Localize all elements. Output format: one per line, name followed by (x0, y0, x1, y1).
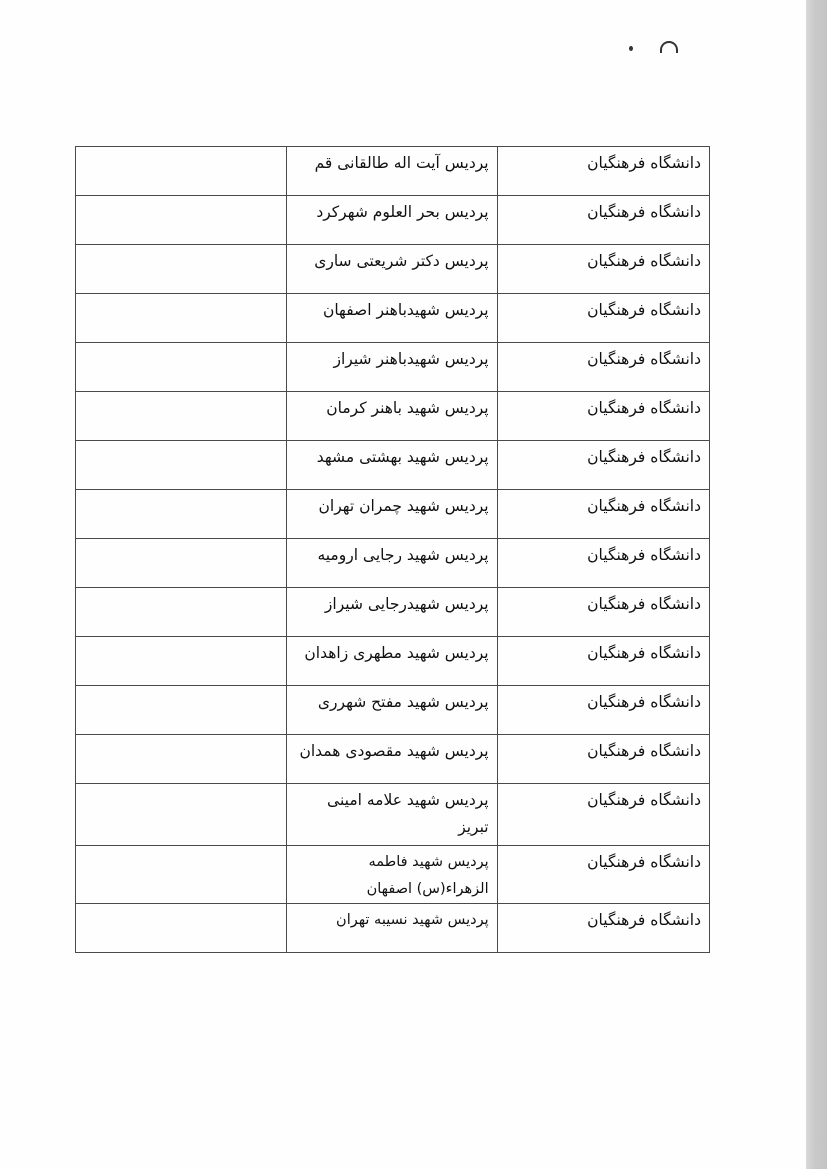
university-cell: دانشگاه فرهنگیان (497, 294, 709, 343)
campus-cell: پردیس بحر العلوم شهرکرد (287, 196, 497, 245)
university-cell: دانشگاه فرهنگیان (497, 588, 709, 637)
campus-table-body: دانشگاه فرهنگیان پردیس آیت اله طالقانی ق… (76, 147, 710, 953)
table-row: دانشگاه فرهنگیان پردیس شهید بهشتی مشهد (76, 441, 710, 490)
campus-cell: پردیس شهید علامه امینی تبریز (287, 784, 497, 846)
university-cell: دانشگاه فرهنگیان (497, 637, 709, 686)
table-row: دانشگاه فرهنگیان پردیس شهید رجایی ارومیه (76, 539, 710, 588)
empty-cell (76, 294, 287, 343)
table-row: دانشگاه فرهنگیان پردیس آیت اله طالقانی ق… (76, 147, 710, 196)
table-row: دانشگاه فرهنگیان پردیس شهید نسیبه تهران (76, 904, 710, 953)
campus-cell: پردیس آیت اله طالقانی قم (287, 147, 497, 196)
table-row: دانشگاه فرهنگیان پردیس شهید چمران تهران (76, 490, 710, 539)
table-row: دانشگاه فرهنگیان پردیس شهیدرجایی شیراز (76, 588, 710, 637)
university-cell: دانشگاه فرهنگیان (497, 784, 709, 846)
university-cell: دانشگاه فرهنگیان (497, 392, 709, 441)
campus-cell: پردیس شهید نسیبه تهران (287, 904, 497, 953)
campus-cell: پردیس دکتر شریعتی ساری (287, 245, 497, 294)
campus-cell: پردیس شهید رجایی ارومیه (287, 539, 497, 588)
university-cell: دانشگاه فرهنگیان (497, 904, 709, 953)
campus-cell: پردیس شهید مقصودی همدان (287, 735, 497, 784)
campus-cell: پردیس شهید مطهری زاهدان (287, 637, 497, 686)
empty-cell (76, 846, 287, 904)
university-cell: دانشگاه فرهنگیان (497, 846, 709, 904)
empty-cell (76, 686, 287, 735)
campus-cell: پردیس شهیدرجایی شیراز (287, 588, 497, 637)
university-cell: دانشگاه فرهنگیان (497, 196, 709, 245)
table-row: دانشگاه فرهنگیان پردیس بحر العلوم شهرکرد (76, 196, 710, 245)
empty-cell (76, 441, 287, 490)
empty-cell (76, 784, 287, 846)
scanned-page: دانشگاه فرهنگیان پردیس آیت اله طالقانی ق… (0, 0, 806, 1169)
empty-cell (76, 392, 287, 441)
ink-arc-mark (660, 41, 678, 53)
handwritten-marks (626, 36, 686, 56)
table-row: دانشگاه فرهنگیان پردیس شهید مفتح شهرری (76, 686, 710, 735)
campus-cell: پردیس شهیدباهنر شیراز (287, 343, 497, 392)
empty-cell (76, 147, 287, 196)
table-row: دانشگاه فرهنگیان پردیس شهید علامه امینی … (76, 784, 710, 846)
table-row: دانشگاه فرهنگیان پردیس شهیدباهنر اصفهان (76, 294, 710, 343)
university-cell: دانشگاه فرهنگیان (497, 343, 709, 392)
empty-cell (76, 539, 287, 588)
empty-cell (76, 343, 287, 392)
campus-cell: پردیس شهیدباهنر اصفهان (287, 294, 497, 343)
university-cell: دانشگاه فرهنگیان (497, 686, 709, 735)
table-row: دانشگاه فرهنگیان پردیس شهید مطهری زاهدان (76, 637, 710, 686)
campus-cell: پردیس شهید مفتح شهرری (287, 686, 497, 735)
table-row: دانشگاه فرهنگیان پردیس شهید فاطمه الزهرا… (76, 846, 710, 904)
table-row: دانشگاه فرهنگیان پردیس شهید مقصودی همدان (76, 735, 710, 784)
campus-cell: پردیس شهید بهشتی مشهد (287, 441, 497, 490)
scanner-edge-strip (806, 0, 827, 1169)
empty-cell (76, 637, 287, 686)
university-cell: دانشگاه فرهنگیان (497, 245, 709, 294)
campus-table: دانشگاه فرهنگیان پردیس آیت اله طالقانی ق… (75, 146, 710, 953)
university-cell: دانشگاه فرهنگیان (497, 147, 709, 196)
empty-cell (76, 904, 287, 953)
empty-cell (76, 588, 287, 637)
university-cell: دانشگاه فرهنگیان (497, 490, 709, 539)
campus-cell: پردیس شهید فاطمه الزهراء(س) اصفهان (287, 846, 497, 904)
empty-cell (76, 245, 287, 294)
campus-cell: پردیس شهید چمران تهران (287, 490, 497, 539)
table-row: دانشگاه فرهنگیان پردیس دکتر شریعتی ساری (76, 245, 710, 294)
empty-cell (76, 490, 287, 539)
university-cell: دانشگاه فرهنگیان (497, 735, 709, 784)
ink-dot-mark (629, 46, 633, 51)
table-row: دانشگاه فرهنگیان پردیس شهیدباهنر شیراز (76, 343, 710, 392)
campus-cell: پردیس شهید باهنر کرمان (287, 392, 497, 441)
table-row: دانشگاه فرهنگیان پردیس شهید باهنر کرمان (76, 392, 710, 441)
empty-cell (76, 196, 287, 245)
empty-cell (76, 735, 287, 784)
university-cell: دانشگاه فرهنگیان (497, 441, 709, 490)
university-cell: دانشگاه فرهنگیان (497, 539, 709, 588)
